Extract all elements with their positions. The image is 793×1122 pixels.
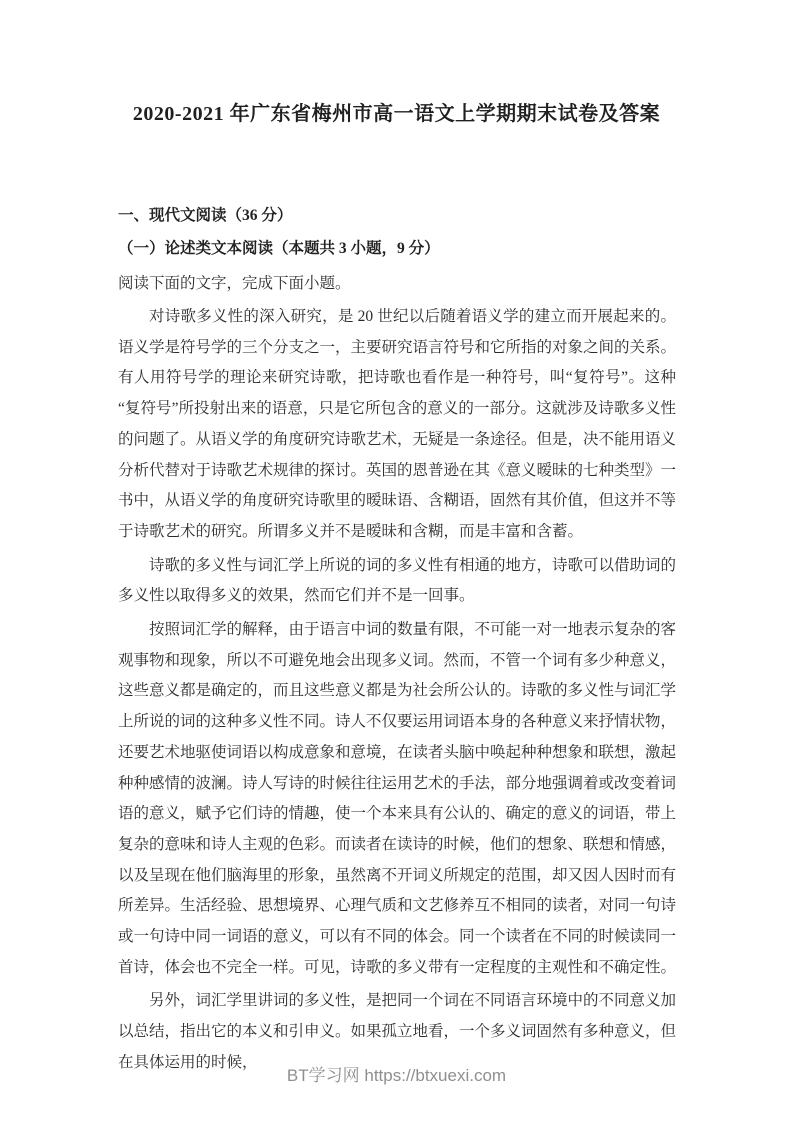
section-heading-modern-reading: 一、现代文阅读（36 分） [118,200,676,231]
subsection-heading-argumentative-reading: （一）论述类文本阅读（本题共 3 小题，9 分） [118,233,676,264]
exam-document-page: 2020-2021 年广东省梅州市高一语文上学期期末试卷及答案 一、现代文阅读（… [0,0,793,1122]
footer-site-name: BT学习网 [287,1066,360,1085]
reading-instruction: 阅读下面的文字，完成下面小题。 [118,268,676,299]
document-title: 2020-2021 年广东省梅州市高一语文上学期期末试卷及答案 [0,100,793,128]
document-body: 一、现代文阅读（36 分） （一）论述类文本阅读（本题共 3 小题，9 分） 阅… [118,200,676,1079]
body-paragraph-2: 诗歌的多义性与词汇学上所说的词的多义性有相通的地方，诗歌可以借助词的多义性以取得… [118,551,676,612]
body-paragraph-1: 对诗歌多义性的深入研究，是 20 世纪以后随着语义学的建立而开展起来的。语义学是… [118,302,676,548]
page-footer: BT学习网 https://btxuexi.com [0,1064,793,1088]
body-paragraph-3: 按照词汇学的解释，由于语言中词的数量有限，不可能一对一地表示复杂的客观事物和现象… [118,615,676,983]
footer-site-url-link[interactable]: https://btxuexi.com [364,1066,506,1085]
